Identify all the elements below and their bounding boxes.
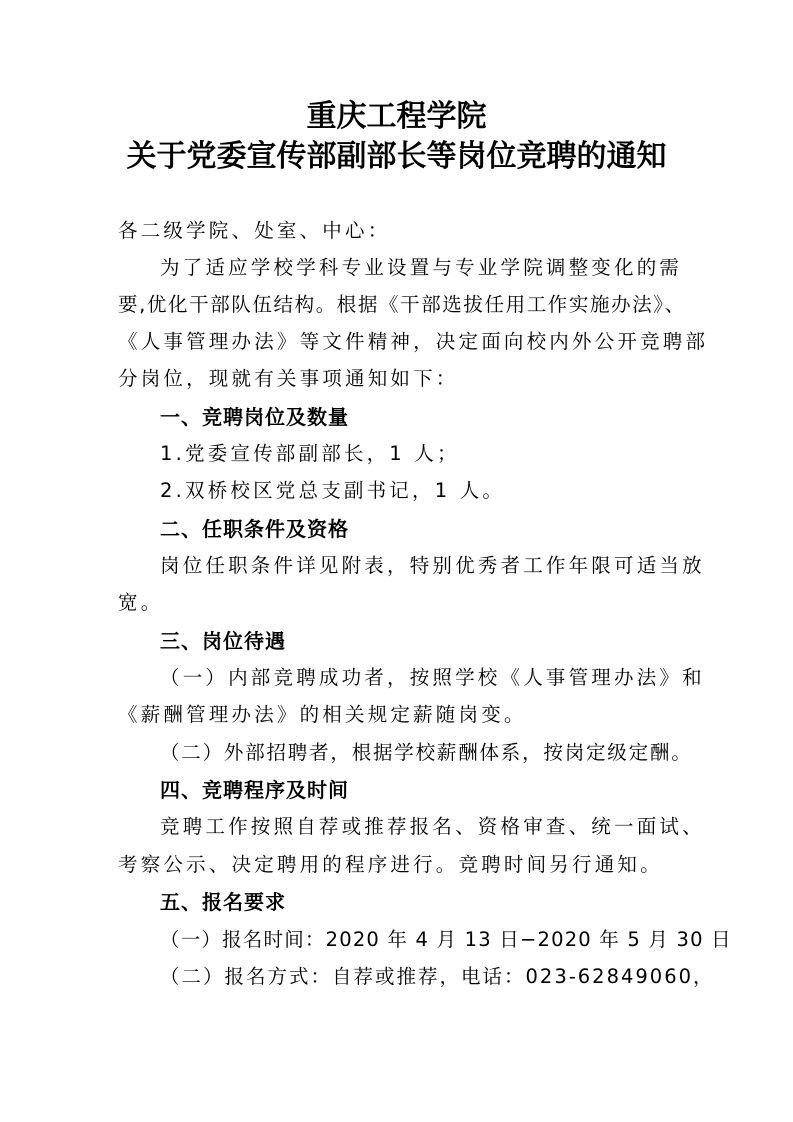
- section-heading-qualifications: 二、任职条件及资格: [160, 517, 349, 541]
- section-heading-compensation: 三、岗位待遇: [160, 629, 286, 653]
- section-3-line-2: 《薪酬管理办法》的相关规定薪随岗变。: [118, 703, 527, 727]
- section-5-line-2: （二）报名方式：自荐或推荐，电话：023-62849060，: [160, 965, 715, 989]
- intro-line-2: 要,优化干部队伍结构。根据《干部选拔任用工作实施办法》、: [118, 293, 686, 317]
- section-2-line-1: 岗位任职条件详见附表，特别优秀者工作年限可适当放: [160, 554, 705, 578]
- section-1-line-1: 1.党委宣传部副部长，1 人；: [160, 442, 460, 466]
- section-2-line-2: 宽。: [118, 591, 163, 615]
- document-title-notice: 关于党委宣传部副部长等岗位竞聘的通知: [0, 139, 793, 175]
- salutation: 各二级学院、处室、中心：: [118, 219, 390, 243]
- section-5-line-1: （一）报名时间：2020 年 4 月 13 日−2020 年 5 月 30 日: [160, 928, 732, 952]
- section-heading-registration: 五、报名要求: [160, 890, 286, 914]
- section-4-line-2: 考察公示、决定聘用的程序进行。竞聘时间另行通知。: [118, 853, 663, 877]
- document-title-institution: 重庆工程学院: [0, 99, 793, 135]
- section-3-line-3: （二）外部招聘者，根据学校薪酬体系，按岗定级定酬。: [160, 741, 693, 765]
- document-page: 重庆工程学院 关于党委宣传部副部长等岗位竞聘的通知 各二级学院、处室、中心： 为…: [0, 0, 793, 1122]
- intro-line-1: 为了适应学校学科专业设置与专业学院调整变化的需: [160, 256, 682, 280]
- section-4-line-1: 竞聘工作按照自荐或推荐报名、资格审查、统一面试、: [160, 815, 705, 839]
- section-heading-procedure: 四、竞聘程序及时间: [160, 778, 349, 802]
- section-1-line-2: 2.双桥校区党总支副书记，1 人。: [160, 479, 505, 503]
- section-3-line-1: （一）内部竞聘成功者，按照学校《人事管理办法》和: [160, 666, 705, 690]
- intro-line-4: 分岗位，现就有关事项通知如下：: [118, 367, 459, 391]
- section-heading-positions: 一、竞聘岗位及数量: [160, 405, 349, 429]
- intro-line-3: 《人事管理办法》等文件精神，决定面向校内外公开竞聘部: [118, 330, 708, 354]
